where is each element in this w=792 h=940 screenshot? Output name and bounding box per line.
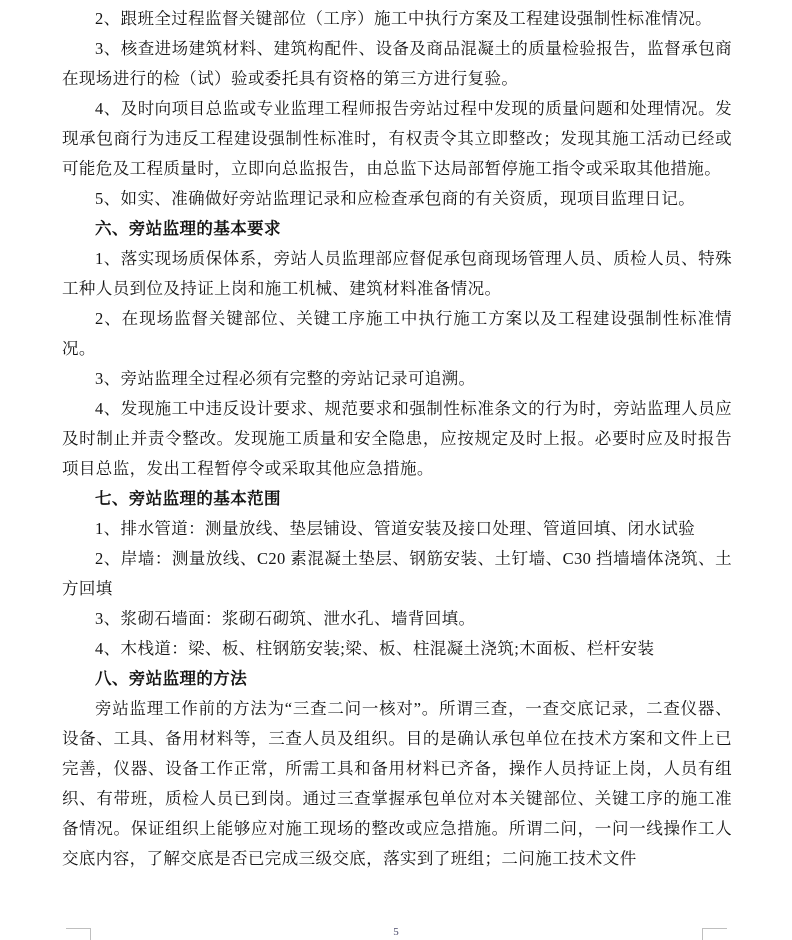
- list-item: 4、木栈道：梁、板、柱钢筋安装;梁、板、柱混凝土浇筑;木面板、栏杆安装: [62, 634, 732, 664]
- paragraph: 3、核查进场建筑材料、建筑构配件、设备及商品混凝土的质量检验报告，监督承包商在现…: [62, 34, 732, 94]
- paragraph: 2、跟班全过程监督关键部位（工序）施工中执行方案及工程建设强制性标准情况。: [62, 4, 732, 34]
- paragraph: 4、及时向项目总监或专业监理工程师报告旁站过程中发现的质量问题和处理情况。发现承…: [62, 94, 732, 184]
- list-item: 3、浆砌石墙面：浆砌石砌筑、泄水孔、墙背回填。: [62, 604, 732, 634]
- paragraph: 旁站监理工作前的方法为“三查二问一核对”。所谓三查，一查交底记录，二查仪器、设备…: [62, 694, 732, 874]
- section-heading-basic-requirements: 六、旁站监理的基本要求: [62, 214, 732, 244]
- paragraph: 4、发现施工中违反设计要求、规范要求和强制性标准条文的行为时，旁站监理人员应及时…: [62, 394, 732, 484]
- list-item: 2、岸墙：测量放线、C20 素混凝土垫层、钢筋安装、土钉墙、C30 挡墙墙体浇筑…: [62, 544, 732, 604]
- paragraph: 1、落实现场质保体系，旁站人员监理部应督促承包商现场管理人员、质检人员、特殊工种…: [62, 244, 732, 304]
- section-heading-method: 八、旁站监理的方法: [62, 664, 732, 694]
- document-page: 2、跟班全过程监督关键部位（工序）施工中执行方案及工程建设强制性标准情况。 3、…: [0, 0, 792, 940]
- paragraph: 3、旁站监理全过程必须有完整的旁站记录可追溯。: [62, 364, 732, 394]
- paragraph: 5、如实、准确做好旁站监理记录和应检查承包商的有关资质，现项目监理日记。: [62, 184, 732, 214]
- footer-margin-corner-mark-left: [66, 928, 91, 940]
- list-item: 1、排水管道：测量放线、垫层铺设、管道安装及接口处理、管道回填、闭水试验: [62, 514, 732, 544]
- paragraph: 2、在现场监督关键部位、关键工序施工中执行施工方案以及工程建设强制性标准情况。: [62, 304, 732, 364]
- footer-margin-corner-mark-right: [702, 928, 727, 940]
- document-body: 2、跟班全过程监督关键部位（工序）施工中执行方案及工程建设强制性标准情况。 3、…: [62, 4, 732, 874]
- section-heading-basic-scope: 七、旁站监理的基本范围: [62, 484, 732, 514]
- page-number: 5: [0, 924, 792, 940]
